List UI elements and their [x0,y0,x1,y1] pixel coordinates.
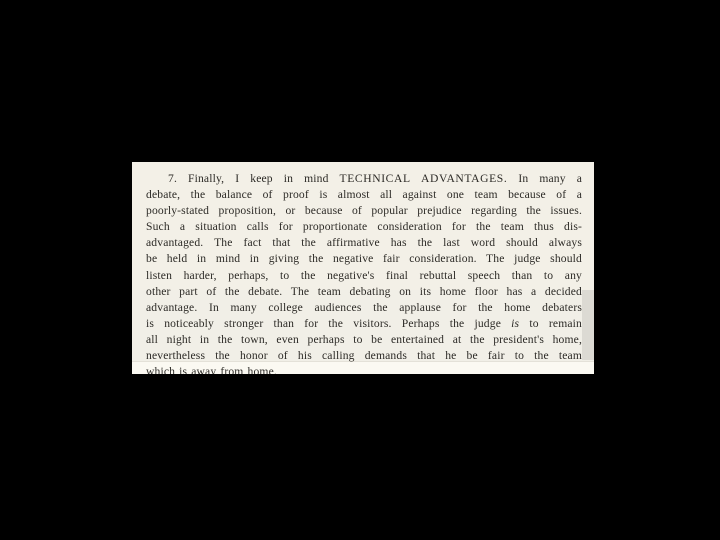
text-line-9: advantage. In many college audiences the… [146,300,582,316]
italic-emphasis: is [511,317,519,330]
text-line-2: debate, the balance of proof is almost a… [146,187,582,203]
scanned-book-page: 7. Finally, I keep in mind TECHNICAL ADV… [132,162,594,374]
text-line-13: which is away from home. [146,364,582,374]
slide-stage: 7. Finally, I keep in mind TECHNICAL ADV… [0,0,720,540]
text-line-3: poorly-stated proposition, or because of… [146,203,582,219]
text-line-12: nevertheless the honor of his calling de… [146,348,582,364]
text-line-1: 7. Finally, I keep in mind TECHNICAL ADV… [146,171,582,187]
technical-advantages-heading: TECHNICAL ADVANTAGES. [340,172,508,185]
paragraph-number: 7. [168,172,177,185]
text-line-4: Such a situation calls for proportionate… [146,219,582,235]
text-line-8: other part of the debate. The team debat… [146,284,582,300]
paragraph-text: 7. Finally, I keep in mind TECHNICAL ADV… [146,171,582,374]
text-line-7: listen harder, perhaps, to the negative'… [146,268,582,284]
text-line-5: advantaged. The fact that the affirmativ… [146,235,582,251]
text-line-6: be held in mind in giving the negative f… [146,251,582,267]
text-line-11: all night in the town, even perhaps to b… [146,332,582,348]
text-line-10: is noticeably stronger than for the visi… [146,316,582,332]
